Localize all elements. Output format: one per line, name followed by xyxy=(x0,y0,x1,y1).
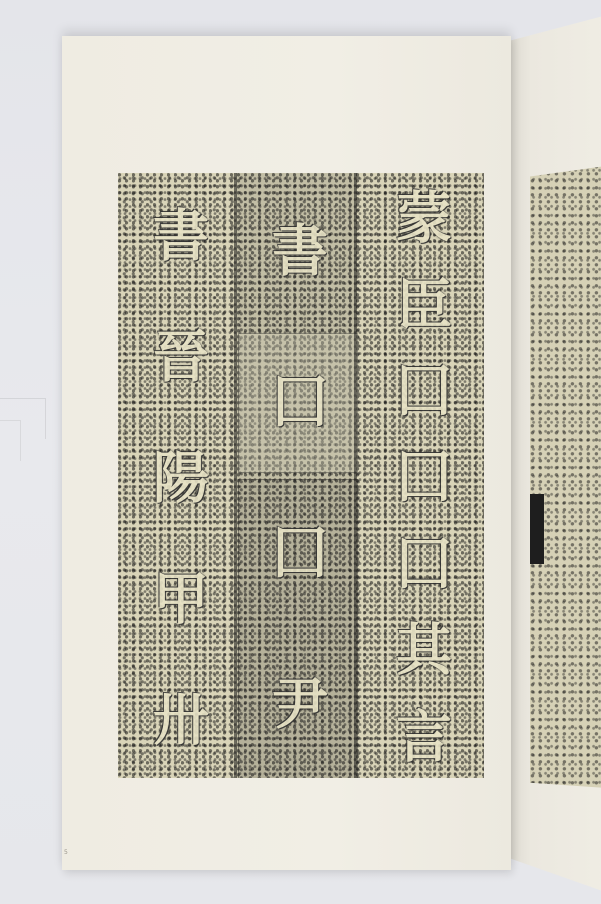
background-tape-mark xyxy=(0,420,21,461)
album-page-left: 書 晉 陽 甲 卅 書 囗 囗 尹 蒙 臣 囗 囗 囗 其 言 5 xyxy=(62,36,511,870)
page-number: 5 xyxy=(64,849,68,856)
inscription-glyph: 書 xyxy=(149,206,205,262)
inscription-glyph: 囗 xyxy=(392,447,448,503)
inscription-column-3: 蒙 臣 囗 囗 囗 其 言 xyxy=(356,173,484,778)
album-page-right xyxy=(511,14,601,894)
stele-rubbing: 書 晉 陽 甲 卅 書 囗 囗 尹 蒙 臣 囗 囗 囗 其 言 xyxy=(118,173,484,778)
inscription-glyph: 囗 xyxy=(268,523,324,579)
inscription-glyph: 尹 xyxy=(268,674,324,730)
inscription-glyph: 其 xyxy=(392,620,448,676)
inscription-glyph: 卅 xyxy=(149,690,205,746)
inscription-glyph: 書 xyxy=(268,221,324,277)
inscription-glyph: 臣 xyxy=(392,275,448,331)
inscription-glyph: 晉 xyxy=(149,327,205,383)
inscription-glyph: 言 xyxy=(392,707,448,763)
inscription-glyph: 陽 xyxy=(149,448,205,504)
rubbing-right-partial xyxy=(530,164,601,789)
inscription-glyph: 囗 xyxy=(268,372,324,428)
inscription-glyph: 囗 xyxy=(392,534,448,590)
inscription-column-1: 書 晉 陽 甲 卅 xyxy=(118,173,236,778)
inscription-glyph: 蒙 xyxy=(392,188,448,244)
inscription-glyph: 囗 xyxy=(392,361,448,417)
inscription-glyph: 甲 xyxy=(149,569,205,625)
inscription-column-2: 書 囗 囗 尹 xyxy=(236,173,356,778)
ink-bar xyxy=(530,494,544,564)
